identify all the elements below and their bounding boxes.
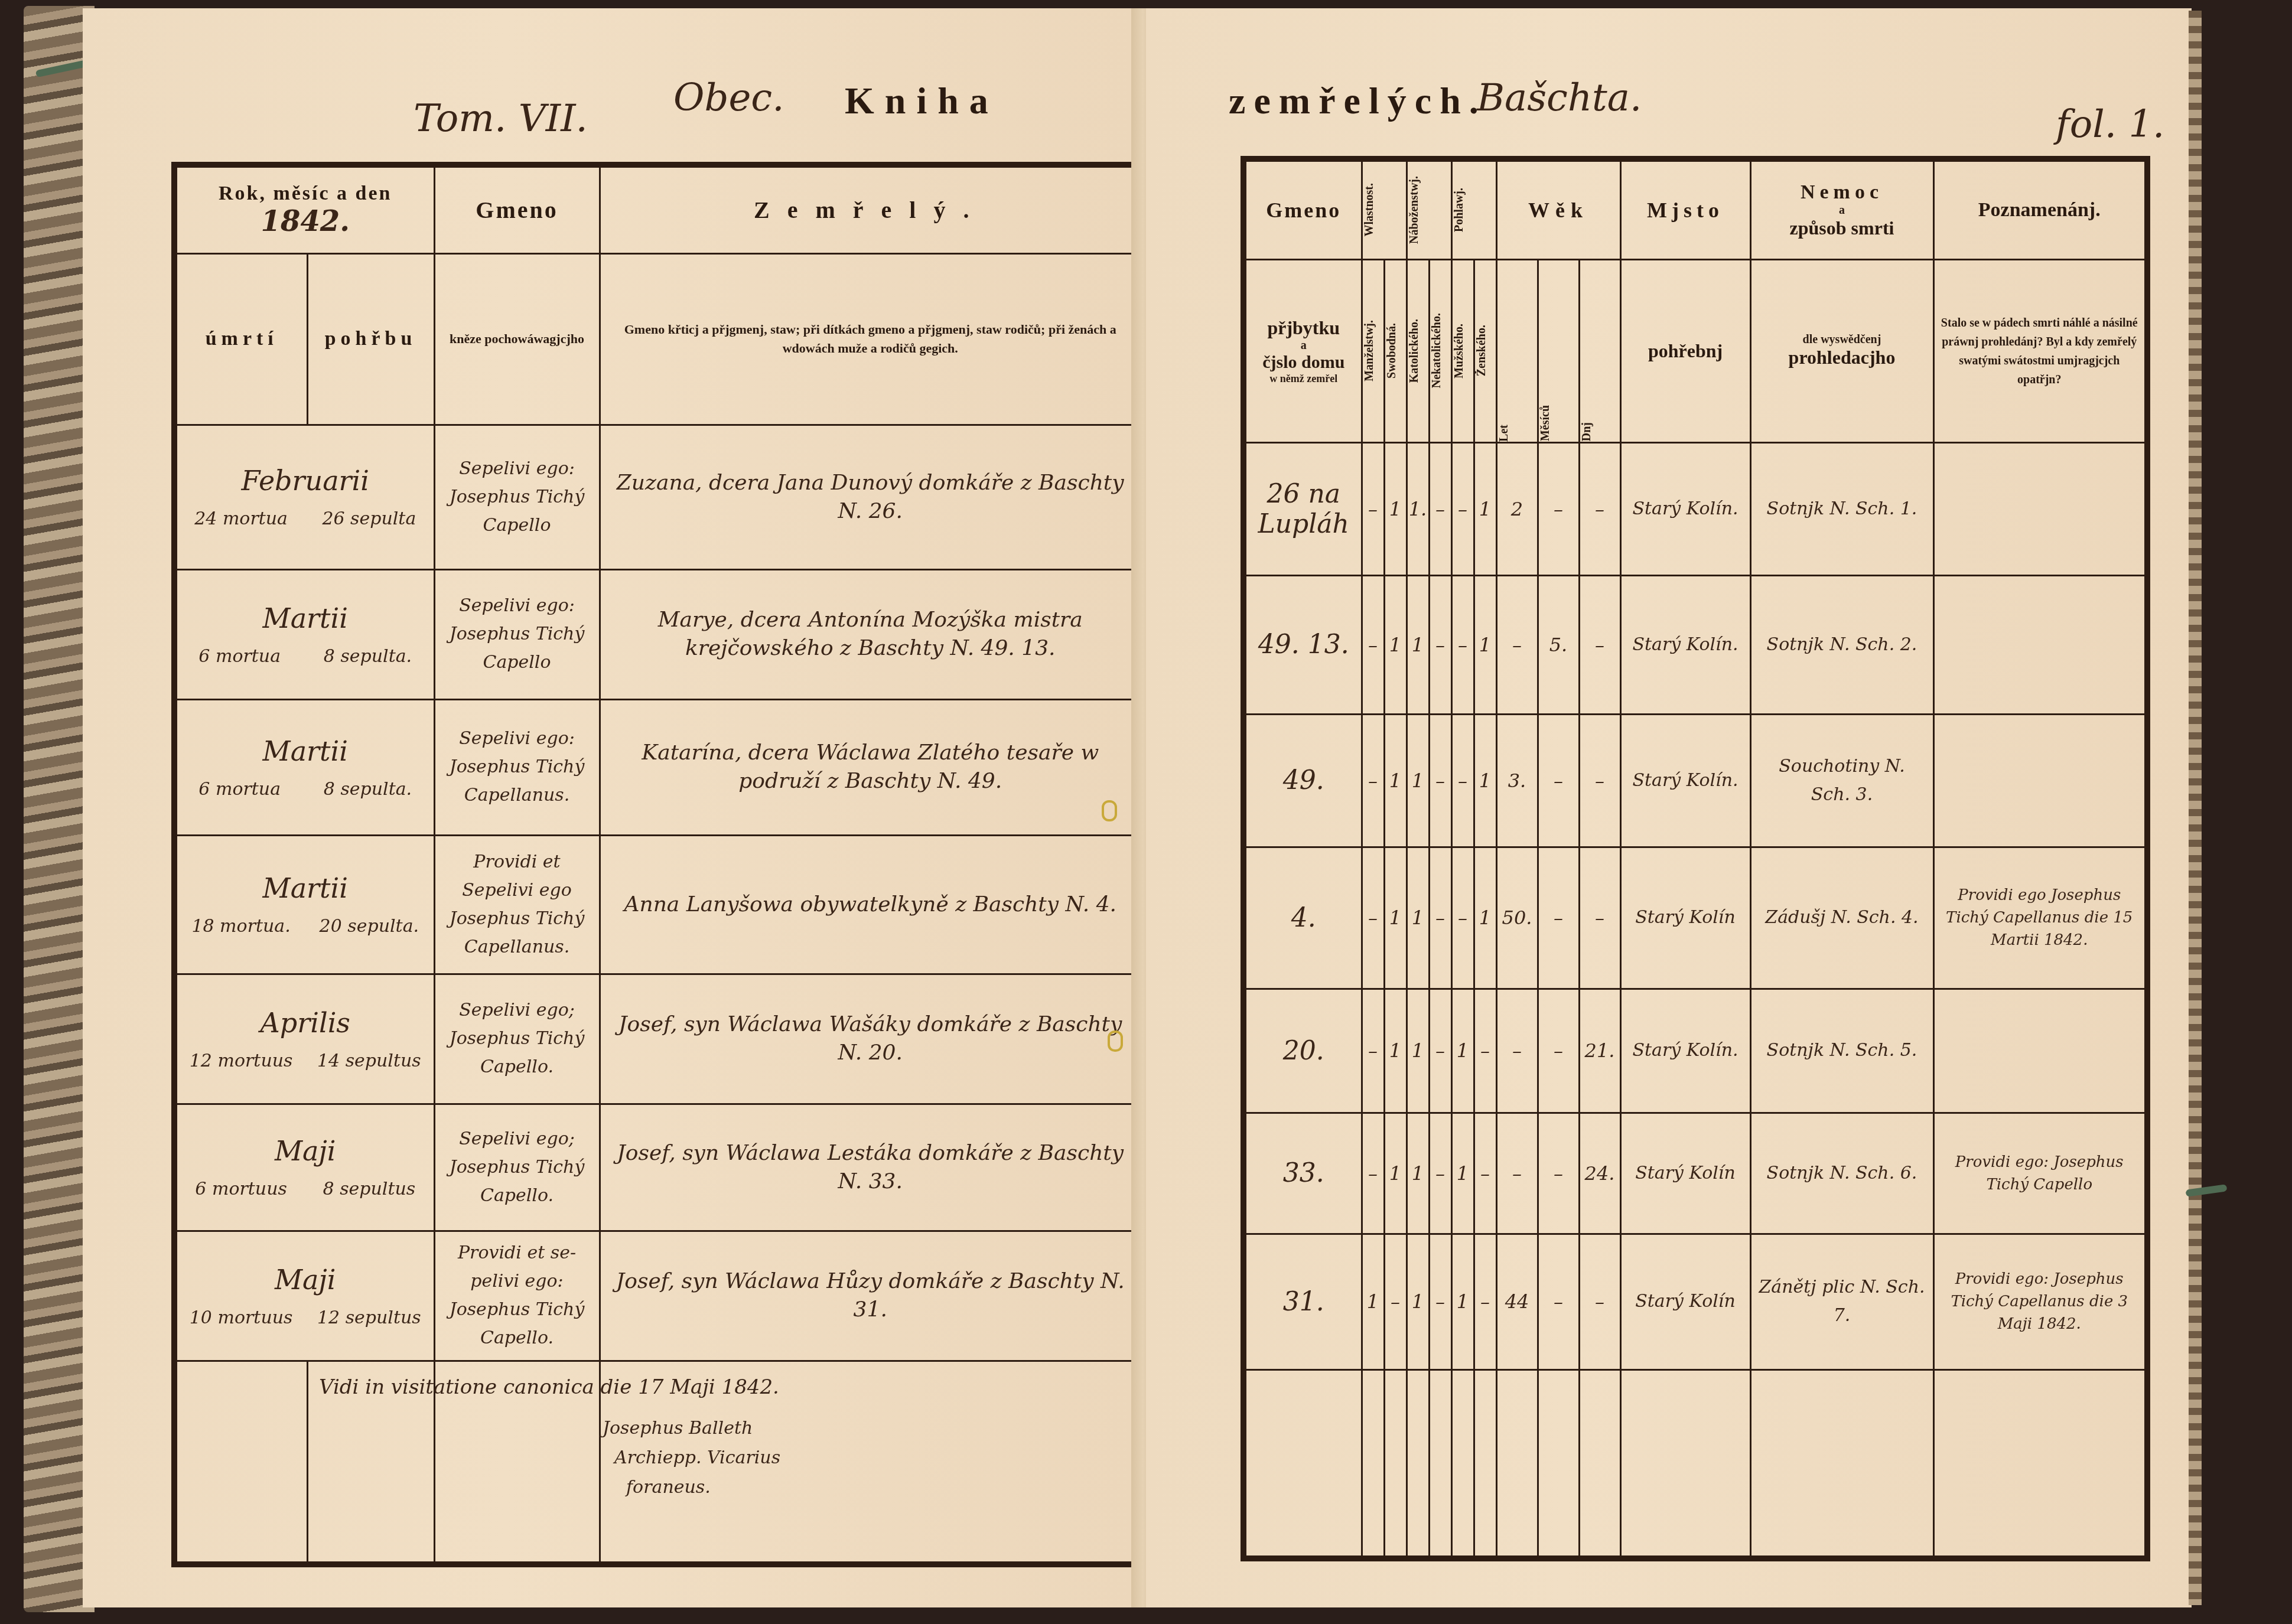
priest-cell: Providi et se­pelivi ego: Josephus Ti­ch… <box>434 1231 600 1361</box>
month-label: Martii <box>177 872 434 904</box>
noncatholic-label: Nekatolického. <box>1430 313 1444 388</box>
deceased-cell: Josef, syn Wáclawa Hůzy domkáře z Bascht… <box>600 1231 1143 1361</box>
right-page: zemřelých. Bašchta. fol. 1. Gmeno Wlastn… <box>1146 8 2192 1607</box>
catholic-cell: 1 <box>1407 714 1429 847</box>
noncatholic-cell: – <box>1429 847 1451 989</box>
years-cell: 44 <box>1496 1234 1538 1369</box>
death-date: 12 mortuus <box>190 1051 293 1071</box>
death-date: 10 mortuus <box>190 1307 293 1328</box>
table-row: Martii 18 mortua. 20 sepulta. Providi et… <box>174 835 1143 974</box>
priest-header: Gmeno <box>434 165 600 253</box>
deceased-register-table: Rok, měsíc a den 1842. Gmeno Zemřelý. úm… <box>171 162 1146 1567</box>
sex-header-label: Pohlawj. <box>1453 188 1466 232</box>
disease-header-sub: způsob smrti <box>1751 217 1933 239</box>
house-header: Gmeno <box>1243 159 1362 259</box>
printed-title-left: Kniha <box>845 79 999 123</box>
table-row: Martii 6 mortua 8 sepulta. Sepelivi ego:… <box>174 699 1143 835</box>
age-header-label: Wěk <box>1528 198 1588 222</box>
table-row: Februarii 24 mortua 26 sepulta Sepelivi … <box>174 425 1143 569</box>
date-cell: Martii 6 mortua 8 sepulta. <box>174 569 434 699</box>
burial-place-cell: Starý Kolín. <box>1620 442 1750 575</box>
empty-cell <box>1620 1369 1750 1558</box>
months-cell: 5. <box>1538 575 1579 714</box>
empty-cell <box>1362 1369 1384 1558</box>
disease-cell: Souchotiny N. Sch. 3. <box>1750 714 1933 847</box>
page-stack-edge <box>2189 11 2202 1605</box>
married-cell: – <box>1362 714 1384 847</box>
tome-number: Tom. VII. <box>414 97 588 141</box>
empty-cell <box>1407 1369 1429 1558</box>
empty-cell <box>1579 1369 1620 1558</box>
month-label: Martii <box>177 602 434 634</box>
visitor-signature: Josephus Balleth Archiepp. Vicarius fora… <box>603 1414 780 1502</box>
male-cell: 1 <box>1451 1234 1474 1369</box>
burial-date: 8 sepulta. <box>324 646 412 667</box>
male-subheader: Mužského. <box>1451 259 1474 442</box>
house-cell: 49. <box>1243 714 1362 847</box>
house-cell: 49. 13. <box>1243 575 1362 714</box>
empty-cell <box>174 1361 307 1564</box>
female-cell: 1 <box>1474 442 1496 575</box>
days-cell: – <box>1579 1234 1620 1369</box>
months-cell: – <box>1538 442 1579 575</box>
single-cell: 1 <box>1384 714 1407 847</box>
table-row: 31. 1 – 1 – 1 – 44 – – Starý Kolín Zánět… <box>1243 1234 2147 1369</box>
table-row: 4. – 1 1 – – 1 50. – – Starý Kolín Záduš… <box>1243 847 2147 989</box>
days-label: Dnj <box>1580 422 1594 441</box>
disease-cell: Sotnjk N. Sch. 5. <box>1750 989 1933 1113</box>
burial-place-cell: Starý Kolín. <box>1620 575 1750 714</box>
priest-subheader-label: kněze pochowá­wagjcjho <box>450 331 584 346</box>
years-cell: 3. <box>1496 714 1538 847</box>
thread-loop <box>1108 1031 1123 1052</box>
years-cell: – <box>1496 1113 1538 1234</box>
date-cell: Maji 6 mortuus 8 sepultus <box>174 1104 434 1231</box>
place-sub-label: pohřebnj <box>1648 340 1723 361</box>
date-cell: Martii 18 mortua. 20 sepulta. <box>174 835 434 974</box>
single-label: Swobodná. <box>1385 323 1399 379</box>
catholic-cell: 1 <box>1407 575 1429 714</box>
table-row: 49. – 1 1 – – 1 3. – – Starý Kolín. Souc… <box>1243 714 2147 847</box>
place-prefix: Obec. <box>673 76 784 120</box>
male-cell: 1 <box>1451 1113 1474 1234</box>
remarks-cell <box>1933 989 2147 1113</box>
married-cell: – <box>1362 575 1384 714</box>
catholic-cell: 1 <box>1407 847 1429 989</box>
house-cell: 31. <box>1243 1234 1362 1369</box>
burial-date: 26 sepulta <box>322 508 416 529</box>
priest-cell: Sepelivi ego: Josephus Tichý Capello <box>434 569 600 699</box>
disease-cell: Zánětj plic N. Sch. 7. <box>1750 1234 1933 1369</box>
printed-title-right: zemřelých. <box>1229 79 1487 123</box>
single-cell: 1 <box>1384 442 1407 575</box>
burial-subheader-label: pohřbu <box>325 328 417 350</box>
date-header-label: Rok, měsíc a den <box>177 182 434 205</box>
deceased-cell: Marye, dcera Antonína Mozýška mistra kre… <box>600 569 1143 699</box>
noncatholic-cell: – <box>1429 1234 1451 1369</box>
deceased-cell: Josef, syn Wáclawa Wa­šáky domkáře z Bas… <box>600 974 1143 1104</box>
single-cell: 1 <box>1384 847 1407 989</box>
table-row: Martii 6 mortua 8 sepulta. Sepelivi ego:… <box>174 569 1143 699</box>
female-cell: 1 <box>1474 847 1496 989</box>
months-cell: – <box>1538 1113 1579 1234</box>
remarks-header: Poznamenánj. <box>1933 159 2147 259</box>
single-cell: 1 <box>1384 989 1407 1113</box>
noncatholic-cell: – <box>1429 989 1451 1113</box>
house-sub-line: čjslo domu <box>1246 353 1361 373</box>
male-cell: – <box>1451 847 1474 989</box>
visitation-note: Vidi in visitatione canonica die 17 Maji… <box>319 1375 779 1399</box>
married-label: Manželstwj. <box>1363 320 1376 381</box>
death-date: 6 mortuus <box>195 1179 287 1199</box>
month-label: Maji <box>177 1135 434 1167</box>
house-cell: 20. <box>1243 989 1362 1113</box>
burial-place-cell: Starý Kolín <box>1620 847 1750 989</box>
house-header-label: Gmeno <box>1266 198 1341 222</box>
years-label: Let <box>1497 425 1511 442</box>
years-cell: – <box>1496 989 1538 1113</box>
thread-loop <box>1102 800 1117 821</box>
month-label: Aprilis <box>177 1007 434 1039</box>
table-row: 20. – 1 1 – 1 – – – 21. Starý Kolín. Sot… <box>1243 989 2147 1113</box>
days-cell: – <box>1579 442 1620 575</box>
burial-place-cell: Starý Kolín. <box>1620 989 1750 1113</box>
empty-cell <box>1243 1369 1362 1558</box>
days-cell: 24. <box>1579 1113 1620 1234</box>
house-sub-line: a <box>1246 339 1361 353</box>
disease-sub-line: prohledacjho <box>1751 347 1933 369</box>
disease-header-label: Nemoc <box>1751 181 1933 204</box>
open-register-book: Tom. VII. Obec. Kniha Rok, měsíc a den 1… <box>0 0 2292 1624</box>
days-cell: – <box>1579 714 1620 847</box>
priest-cell: Providi et Sepelivi ego Josephus Tichý C… <box>434 835 600 974</box>
burial-place-cell: Starý Kolín. <box>1620 714 1750 847</box>
death-subheader: úmrtí <box>174 253 307 425</box>
days-cell: – <box>1579 847 1620 989</box>
catholic-cell: 1 <box>1407 989 1429 1113</box>
table-row: Maji 6 mortuus 8 sepultus Sepelivi ego; … <box>174 1104 1143 1231</box>
noncatholic-cell: – <box>1429 575 1451 714</box>
burial-date: 12 sepultus <box>317 1307 421 1328</box>
disease-cell: Sotnjk N. Sch. 6. <box>1750 1113 1933 1234</box>
remarks-sub-label: Stalo se w pádech smrti náhlé a násilné … <box>1941 317 2138 386</box>
table-row: Maji 10 mortuus 12 sepultus Providi et s… <box>174 1231 1143 1361</box>
deceased-cell: Anna Lanyšowa obywa­telkyně z Baschty N.… <box>600 835 1143 974</box>
date-cell: Februarii 24 mortua 26 sepulta <box>174 425 434 569</box>
sex-header: Pohlawj. <box>1451 159 1496 259</box>
month-label: Martii <box>177 735 434 767</box>
deceased-header: Zemřelý. <box>600 165 1143 253</box>
place-header: Mjsto <box>1620 159 1750 259</box>
deceased-cell: Josef, syn Wáclawa Le­stáka domkáře z Ba… <box>600 1104 1143 1231</box>
deceased-cell: Katarína, dcera Wáclawa Zlatého tesaře w… <box>600 699 1143 835</box>
burial-place-cell: Starý Kolín <box>1620 1234 1750 1369</box>
house-cell: 4. <box>1243 847 1362 989</box>
noncatholic-cell: – <box>1429 1113 1451 1234</box>
catholic-label: Katolického. <box>1408 319 1421 383</box>
disease-header-conj: a <box>1751 204 1933 217</box>
female-cell: 1 <box>1474 714 1496 847</box>
disease-sub-line: dle wyswědčenj <box>1751 333 1933 347</box>
signature-line: foraneus. <box>603 1473 780 1502</box>
remarks-subheader: Stalo se w pádech smrti náhlé a násilné … <box>1933 259 2147 442</box>
table-row: 33. – 1 1 – 1 – – – 24. Starý Kolín Sotn… <box>1243 1113 2147 1234</box>
male-cell: – <box>1451 442 1474 575</box>
deceased-subheader: Gmeno křticj a přjgmenj, staw; při dítká… <box>600 253 1143 425</box>
days-subheader: Dnj <box>1579 259 1620 442</box>
date-header: Rok, měsíc a den 1842. <box>174 165 434 253</box>
date-cell: Aprilis 12 mortuus 14 sepultus <box>174 974 434 1104</box>
married-cell: 1 <box>1362 1234 1384 1369</box>
burial-date: 20 sepulta. <box>320 916 419 937</box>
blank-row <box>1243 1369 2147 1558</box>
months-cell: – <box>1538 989 1579 1113</box>
male-cell: – <box>1451 714 1474 847</box>
death-date: 6 mortua <box>198 779 281 800</box>
days-cell: – <box>1579 575 1620 714</box>
year-label: 1842. <box>177 205 434 238</box>
date-cell: Maji 10 mortuus 12 sepultus <box>174 1231 434 1361</box>
female-label: Ženského. <box>1475 325 1489 376</box>
female-cell: – <box>1474 1113 1496 1234</box>
house-cell: 33. <box>1243 1113 1362 1234</box>
empty-cell <box>1750 1369 1933 1558</box>
status-header-label: Wlastnost. <box>1363 183 1376 237</box>
male-label: Mužského. <box>1453 324 1466 379</box>
month-label: Maji <box>177 1264 434 1296</box>
signature-line: Archiepp. Vicarius <box>603 1443 780 1473</box>
place-name: Bašchta. <box>1477 76 1642 120</box>
house-sub-line: přjbytku <box>1246 317 1361 339</box>
remarks-cell: Providi ego Josephus Tichý Capellanus di… <box>1933 847 2147 989</box>
female-cell: – <box>1474 1234 1496 1369</box>
married-cell: – <box>1362 847 1384 989</box>
empty-cell <box>1384 1369 1407 1558</box>
disease-cell: Sotnjk N. Sch. 2. <box>1750 575 1933 714</box>
priest-cell: Sepelivi ego: Josephus Tichý Capello <box>434 425 600 569</box>
age-header: Wěk <box>1496 159 1620 259</box>
female-cell: – <box>1474 989 1496 1113</box>
male-cell: – <box>1451 575 1474 714</box>
catholic-cell: 1 <box>1407 1113 1429 1234</box>
years-cell: – <box>1496 575 1538 714</box>
priest-cell: Sepelivi ego; Josephus Tichý Capello. <box>434 974 600 1104</box>
disease-header: Nemoc a způsob smrti <box>1750 159 1933 259</box>
place-header-label: Mjsto <box>1647 198 1724 222</box>
catholic-subheader: Katolického. <box>1407 259 1429 442</box>
empty-cell <box>1429 1369 1451 1558</box>
noncatholic-cell: – <box>1429 714 1451 847</box>
empty-cell <box>1496 1369 1538 1558</box>
death-date: 24 mortua <box>194 508 288 529</box>
years-cell: 50. <box>1496 847 1538 989</box>
female-cell: 1 <box>1474 575 1496 714</box>
burial-date: 14 sepultus <box>317 1051 421 1071</box>
death-date: 18 mortua. <box>191 916 290 937</box>
deceased-subheader-label: Gmeno křticj a přjgmenj, staw; při dítká… <box>624 322 1116 356</box>
month-label: Februarii <box>177 465 434 497</box>
table-row: 49. 13. – 1 1 – – 1 – 5. – Starý Kolín. … <box>1243 575 2147 714</box>
noncatholic-subheader: Nekatolického. <box>1429 259 1451 442</box>
married-cell: – <box>1362 442 1384 575</box>
table-row: 26 na Lupláh – 1 1. – – 1 2 – – Starý Ko… <box>1243 442 2147 575</box>
burial-subheader: pohřbu <box>307 253 434 425</box>
married-cell: – <box>1362 1113 1384 1234</box>
disease-cell: Sotnjk N. Sch. 1. <box>1750 442 1933 575</box>
months-cell: – <box>1538 1234 1579 1369</box>
remarks-header-label: Poznamenánj. <box>1978 199 2101 221</box>
death-date: 6 mortua <box>198 646 281 667</box>
burial-date: 8 sepulta. <box>324 779 412 800</box>
date-cell: Martii 6 mortua 8 sepulta. <box>174 699 434 835</box>
table-row: Aprilis 12 mortuus 14 sepultus Sepelivi … <box>174 974 1143 1104</box>
house-subheader: přjbytku a čjslo domu w němž zemřel <box>1243 259 1362 442</box>
remarks-cell <box>1933 714 2147 847</box>
remarks-cell: Providi ego: Josephus Tichý Capello <box>1933 1113 2147 1234</box>
months-label: Měsíců <box>1539 405 1552 441</box>
deceased-header-label: Zemřelý. <box>754 197 987 223</box>
priest-subheader: kněze pochowá­wagjcjho <box>434 253 600 425</box>
folio-number: fol. 1. <box>2056 103 2164 146</box>
months-cell: – <box>1538 847 1579 989</box>
status-header: Wlastnost. <box>1362 159 1407 259</box>
religion-header: Náboženstwj. <box>1407 159 1451 259</box>
deceased-details-table: Gmeno Wlastnost. Náboženstwj. Pohlawj. W… <box>1241 156 2150 1561</box>
noncatholic-cell: – <box>1429 442 1451 575</box>
religion-header-label: Náboženstwj. <box>1408 176 1421 244</box>
married-cell: – <box>1362 989 1384 1113</box>
disease-cell: Zádušj N. Sch. 4. <box>1750 847 1933 989</box>
female-subheader: Ženského. <box>1474 259 1496 442</box>
months-cell: – <box>1538 714 1579 847</box>
priest-header-label: Gmeno <box>476 197 558 223</box>
years-subheader: Let <box>1496 259 1538 442</box>
empty-cell <box>1474 1369 1496 1558</box>
single-cell: 1 <box>1384 1113 1407 1234</box>
priest-cell: Sepelivi ego: Josephus Tichý Capellanus. <box>434 699 600 835</box>
left-page: Tom. VII. Obec. Kniha Rok, měsíc a den 1… <box>83 8 1140 1607</box>
death-subheader-label: úmrtí <box>206 328 278 350</box>
empty-cell <box>1933 1369 2147 1558</box>
catholic-cell: 1 <box>1407 1234 1429 1369</box>
burial-place-cell: Starý Kolín <box>1620 1113 1750 1234</box>
remarks-cell <box>1933 575 2147 714</box>
house-cell: 26 na Lupláh <box>1243 442 1362 575</box>
empty-cell <box>1451 1369 1474 1558</box>
days-cell: 21. <box>1579 989 1620 1113</box>
remarks-cell: Providi ego: Josephus Tichý Capellanus d… <box>1933 1234 2147 1369</box>
disease-subheader: dle wyswědčenj prohledacjho <box>1750 259 1933 442</box>
deceased-cell: Zuzana, dcera Jana Dunový domkáře z Basc… <box>600 425 1143 569</box>
months-subheader: Měsíců <box>1538 259 1579 442</box>
priest-cell: Sepelivi ego; Josephus Tichý Capello. <box>434 1104 600 1231</box>
place-subheader: pohřebnj <box>1620 259 1750 442</box>
years-cell: 2 <box>1496 442 1538 575</box>
burial-date: 8 sepultus <box>323 1179 416 1199</box>
single-cell: – <box>1384 1234 1407 1369</box>
single-cell: 1 <box>1384 575 1407 714</box>
catholic-cell: 1. <box>1407 442 1429 575</box>
male-cell: 1 <box>1451 989 1474 1113</box>
empty-cell <box>1538 1369 1579 1558</box>
married-subheader: Manželstwj. <box>1362 259 1384 442</box>
signature-line: Josephus Balleth <box>603 1414 780 1443</box>
remarks-cell <box>1933 442 2147 575</box>
house-sub-line: w němž zemřel <box>1246 373 1361 385</box>
single-subheader: Swobodná. <box>1384 259 1407 442</box>
